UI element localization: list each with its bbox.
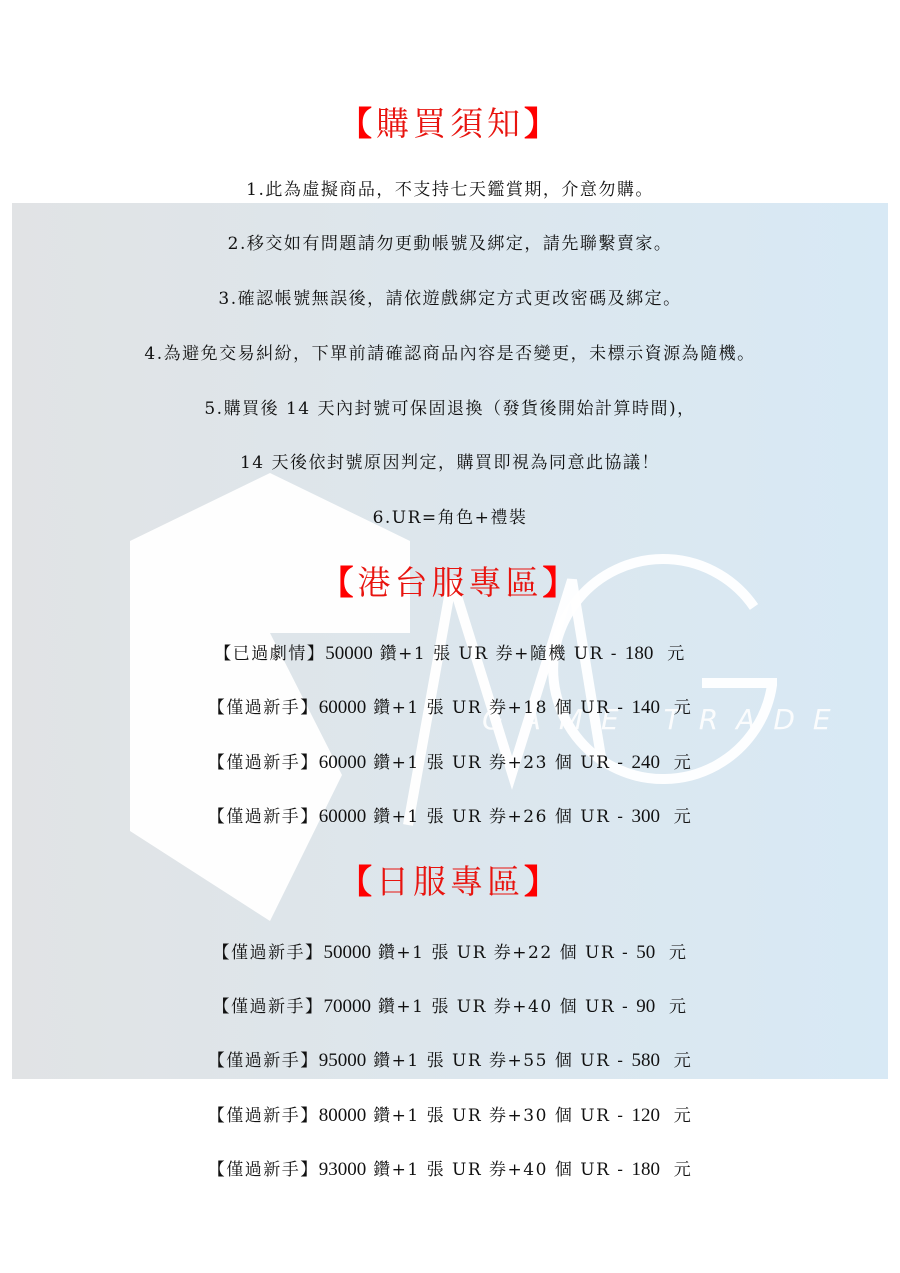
jp-server-heading: 【日服專區】 xyxy=(0,862,900,902)
listing-ticket: 鑽+1 張 UR 券+ xyxy=(380,644,530,664)
listing-ticket: 鑽+1 張 UR 券+ xyxy=(378,997,528,1017)
jp-server-title: 日服專區 xyxy=(376,862,524,901)
listing-ur: 40 個 UR xyxy=(528,997,615,1017)
listing-diamonds: 80000 xyxy=(319,1105,367,1126)
listing-ticket: 鑽+1 張 UR 券+ xyxy=(373,698,523,718)
listing-ticket: 鑽+1 張 UR 券+ xyxy=(378,943,528,963)
purchase-notice-title: 購買須知 xyxy=(376,104,524,143)
listing-tag: 【僅過新手】 xyxy=(212,997,323,1017)
listing-diamonds: 50000 xyxy=(323,942,371,963)
listing-diamonds: 95000 xyxy=(319,1050,367,1071)
listing-ur: 55 個 UR xyxy=(523,1051,610,1071)
listing-tag: 【已過劇情】 xyxy=(214,644,325,664)
notice-item-5: 5.購買後 14 天內封號可保固退換（發貨後開始計算時間)， xyxy=(0,397,900,421)
hk-tw-server-title: 港台服專區 xyxy=(358,563,543,602)
listing-row: 【僅過新手】95000 鑽+1 張 UR 券+55 個 UR - 580 元 xyxy=(0,1049,900,1073)
listing-diamonds: 60000 xyxy=(319,752,367,773)
listing-ur: 隨機 UR xyxy=(530,644,604,664)
listing-ticket: 鑽+1 張 UR 券+ xyxy=(373,807,523,827)
listing-currency: 元 xyxy=(667,644,686,664)
listing-price: 120 xyxy=(631,1105,660,1126)
listing-ur: 18 個 UR xyxy=(523,698,610,718)
listing-diamonds: 60000 xyxy=(319,806,367,827)
listing-ur: 30 個 UR xyxy=(523,1106,610,1126)
listing-tag: 【僅過新手】 xyxy=(208,807,319,827)
listing-currency: 元 xyxy=(674,698,693,718)
notice-item-6: 6.UR=角色+禮裝 xyxy=(0,506,900,530)
purchase-notice-heading: 【購買須知】 xyxy=(0,104,900,144)
listing-diamonds: 50000 xyxy=(325,643,373,664)
notice-item-3: 3.確認帳號無誤後，請依遊戲綁定方式更改密碼及綁定。 xyxy=(0,287,900,311)
listing-price: 240 xyxy=(631,752,660,773)
notice-item-1: 1.此為虛擬商品，不支持七天鑑賞期，介意勿購。 xyxy=(0,178,900,202)
listing-currency: 元 xyxy=(674,1106,693,1126)
listing-currency: 元 xyxy=(674,1051,693,1071)
listing-ticket: 鑽+1 張 UR 券+ xyxy=(373,1051,523,1071)
document-content: 【購買須知】 1.此為虛擬商品，不支持七天鑑賞期，介意勿購。 2.移交如有問題請… xyxy=(0,0,900,1273)
listing-tag: 【僅過新手】 xyxy=(208,753,319,773)
hk-tw-server-heading: 【港台服專區】 xyxy=(0,563,900,603)
listing-tag: 【僅過新手】 xyxy=(208,1051,319,1071)
listing-row: 【僅過新手】60000 鑽+1 張 UR 券+18 個 UR - 140 元 xyxy=(0,696,900,720)
listing-tag: 【僅過新手】 xyxy=(208,1106,319,1126)
notice-item-5-continued: 14 天後依封號原因判定，購買即視為同意此協議！ xyxy=(0,451,900,475)
listing-diamonds: 93000 xyxy=(319,1159,367,1180)
listing-row: 【僅過新手】80000 鑽+1 張 UR 券+30 個 UR - 120 元 xyxy=(0,1104,900,1128)
listing-currency: 元 xyxy=(674,1160,693,1180)
listing-ur: 22 個 UR xyxy=(528,943,615,963)
listing-price: 90 xyxy=(636,996,655,1017)
listing-tag: 【僅過新手】 xyxy=(208,698,319,718)
listing-tag: 【僅過新手】 xyxy=(208,1160,319,1180)
listing-price: 180 xyxy=(631,1159,660,1180)
listing-diamonds: 60000 xyxy=(319,697,367,718)
listing-row: 【已過劇情】50000 鑽+1 張 UR 券+隨機 UR - 180 元 xyxy=(0,642,900,666)
listing-row: 【僅過新手】50000 鑽+1 張 UR 券+22 個 UR - 50 元 xyxy=(0,941,900,965)
listing-price: 580 xyxy=(631,1050,660,1071)
notice-item-4: 4.為避免交易糾紛，下單前請確認商品內容是否變更，未標示資源為隨機。 xyxy=(0,342,900,366)
listing-ur: 40 個 UR xyxy=(523,1160,610,1180)
listing-price: 50 xyxy=(636,942,655,963)
listing-tag: 【僅過新手】 xyxy=(212,943,323,963)
listing-row: 【僅過新手】60000 鑽+1 張 UR 券+23 個 UR - 240 元 xyxy=(0,751,900,775)
listing-ticket: 鑽+1 張 UR 券+ xyxy=(373,1160,523,1180)
listing-ur: 23 個 UR xyxy=(523,753,610,773)
listing-currency: 元 xyxy=(674,753,693,773)
listing-diamonds: 70000 xyxy=(323,996,371,1017)
listing-ur: 26 個 UR xyxy=(523,807,610,827)
listing-price: 180 xyxy=(625,643,654,664)
listing-price: 140 xyxy=(631,697,660,718)
listing-price: 300 xyxy=(631,806,660,827)
notice-item-2: 2.移交如有問題請勿更動帳號及綁定，請先聯繫賣家。 xyxy=(0,232,900,256)
listing-row: 【僅過新手】93000 鑽+1 張 UR 券+40 個 UR - 180 元 xyxy=(0,1158,900,1182)
listing-ticket: 鑽+1 張 UR 券+ xyxy=(373,1106,523,1126)
listing-currency: 元 xyxy=(674,807,693,827)
listing-currency: 元 xyxy=(669,997,688,1017)
listing-currency: 元 xyxy=(669,943,688,963)
listing-ticket: 鑽+1 張 UR 券+ xyxy=(373,753,523,773)
listing-row: 【僅過新手】60000 鑽+1 張 UR 券+26 個 UR - 300 元 xyxy=(0,805,900,829)
listing-row: 【僅過新手】70000 鑽+1 張 UR 券+40 個 UR - 90 元 xyxy=(0,995,900,1019)
